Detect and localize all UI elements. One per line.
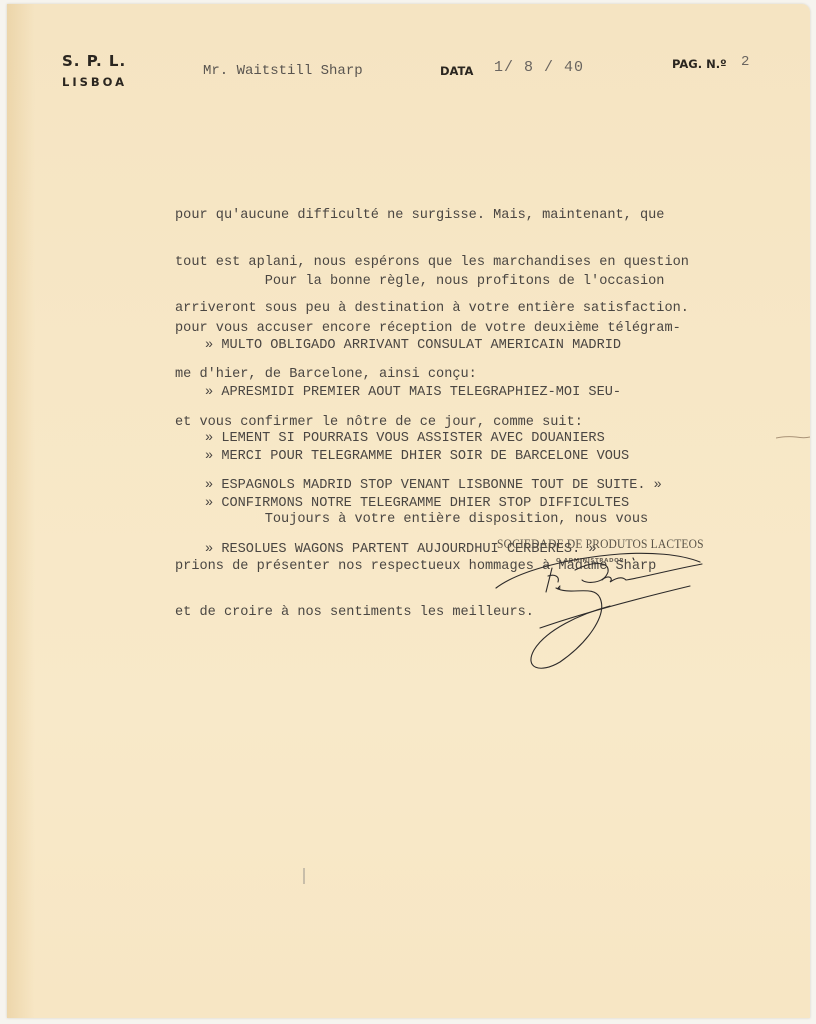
- signature-icon: [490, 540, 710, 680]
- paper-crease: [776, 436, 810, 439]
- telegram-line: » MERCI POUR TELEGRAMME DHIER SOIR DE BA…: [205, 449, 629, 465]
- page-number-value: 2: [741, 54, 749, 70]
- text-line: pour qu'aucune difficulté ne surgisse. M…: [175, 208, 689, 224]
- text-line: Toujours à votre entière disposition, no…: [175, 512, 656, 528]
- letterhead-city: LISBOA: [62, 75, 127, 89]
- paper-edge-shading: [7, 4, 35, 1018]
- recipient-name: Mr. Waitstill Sharp: [203, 63, 363, 79]
- pencil-mark: [303, 868, 305, 884]
- date-label: DATA: [440, 64, 473, 78]
- page-number-label: PAG. N.º: [672, 57, 727, 71]
- text-line: Pour la bonne règle, nous profitons de l…: [175, 274, 681, 290]
- telegram-line: » MULTO OBLIGADO ARRIVANT CONSULAT AMERI…: [205, 338, 662, 354]
- date-value: 1/ 8 / 40: [494, 59, 584, 76]
- letterhead-organization: S. P. L.: [62, 52, 126, 70]
